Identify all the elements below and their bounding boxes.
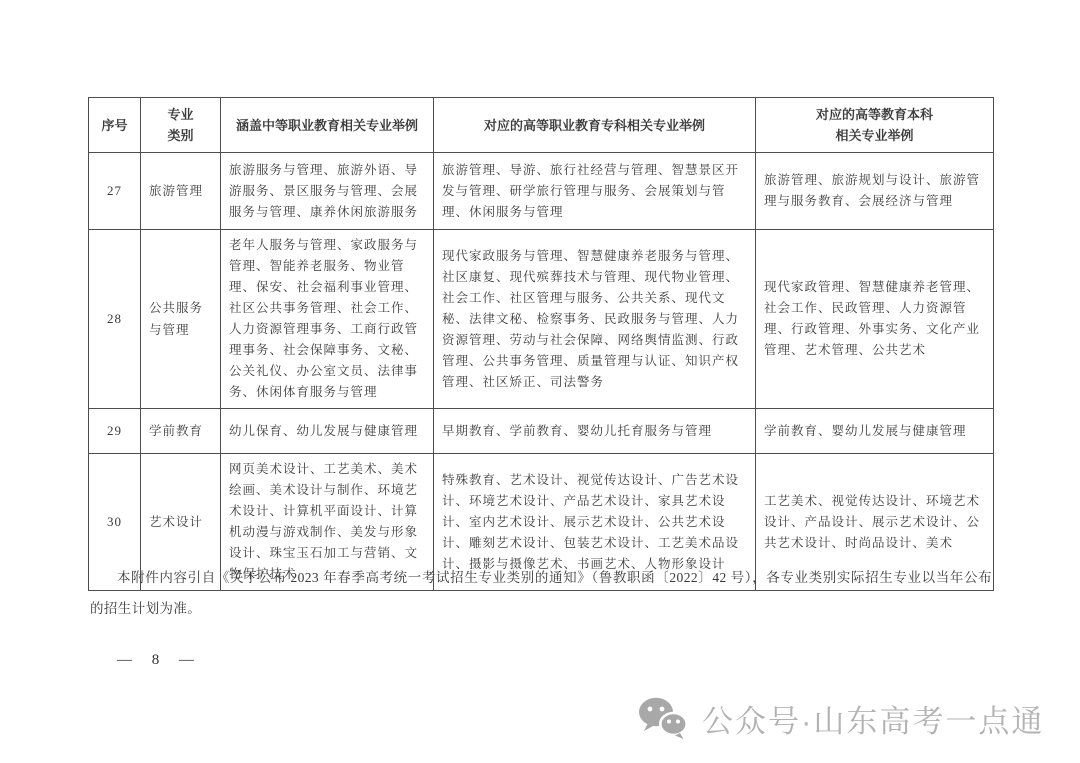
cell-college-majors: 旅游管理、导游、旅行社经营与管理、智慧景区开发与管理、研学旅行管理与服务、会展策… (434, 153, 756, 230)
footnote: 本附件内容引自《关于公布 2023 年春季高考统一考试招生专业类别的通知》（鲁教… (90, 562, 992, 624)
cell-secondary-majors: 老年人服务与管理、家政服务与管理、智能养老服务、物业管理、保安、社会福利事业管理… (221, 230, 434, 409)
col-header-undergrad-line2: 相关专业举例 (760, 125, 989, 146)
cell-college-majors: 早期教育、学前教育、婴幼儿托育服务与管理 (434, 409, 756, 454)
wechat-account-label: 公众号·山东高考一点通 (702, 696, 1044, 741)
wechat-icon (638, 696, 688, 740)
col-header-undergrad-majors: 对应的高等教育本科 相关专业举例 (756, 98, 994, 153)
table-row: 27 旅游管理 旅游服务与管理、旅游外语、导游服务、景区服务与管理、会展服务与管… (89, 153, 994, 230)
cell-college-majors: 现代家政服务与管理、智慧健康养老服务与管理、社区康复、现代殡葬技术与管理、现代物… (434, 230, 756, 409)
cell-category: 学前教育 (141, 409, 221, 454)
table-row: 29 学前教育 幼儿保育、幼儿发展与健康管理 早期教育、学前教育、婴幼儿托育服务… (89, 409, 994, 454)
majors-table: 序号 专业 类别 涵盖中等职业教育相关专业举例 对应的高等职业教育专科相关专业举… (88, 97, 994, 591)
col-header-undergrad-line1: 对应的高等教育本科 (760, 104, 989, 125)
col-header-serial: 序号 (89, 98, 141, 153)
cell-secondary-majors: 旅游服务与管理、旅游外语、导游服务、景区服务与管理、会展服务与管理、康养休闲旅游… (221, 153, 434, 230)
cell-undergrad-majors: 现代家政管理、智慧健康养老管理、社会工作、民政管理、人力资源管理、行政管理、外事… (756, 230, 994, 409)
cell-serial: 29 (89, 409, 141, 454)
col-header-category-line2: 类别 (145, 125, 216, 146)
cell-serial: 27 (89, 153, 141, 230)
cell-undergrad-majors: 旅游管理、旅游规划与设计、旅游管理与服务教育、会展经济与管理 (756, 153, 994, 230)
document-page: { "colors": { "table_border": "#4d4d4d",… (0, 0, 1080, 763)
col-header-college-majors: 对应的高等职业教育专科相关专业举例 (434, 98, 756, 153)
cell-undergrad-majors: 学前教育、婴幼儿发展与健康管理 (756, 409, 994, 454)
col-header-category: 专业 类别 (141, 98, 221, 153)
page-number: — 8 — (117, 652, 198, 669)
wechat-watermark: 公众号·山东高考一点通 (638, 690, 1044, 746)
table-header-row: 序号 专业 类别 涵盖中等职业教育相关专业举例 对应的高等职业教育专科相关专业举… (89, 98, 994, 153)
col-header-secondary-majors: 涵盖中等职业教育相关专业举例 (221, 98, 434, 153)
cell-category: 旅游管理 (141, 153, 221, 230)
table-row: 28 公共服务与管理 老年人服务与管理、家政服务与管理、智能养老服务、物业管理、… (89, 230, 994, 409)
col-header-category-line1: 专业 (145, 104, 216, 125)
cell-secondary-majors: 幼儿保育、幼儿发展与健康管理 (221, 409, 434, 454)
cell-category: 公共服务与管理 (141, 230, 221, 409)
cell-serial: 28 (89, 230, 141, 409)
